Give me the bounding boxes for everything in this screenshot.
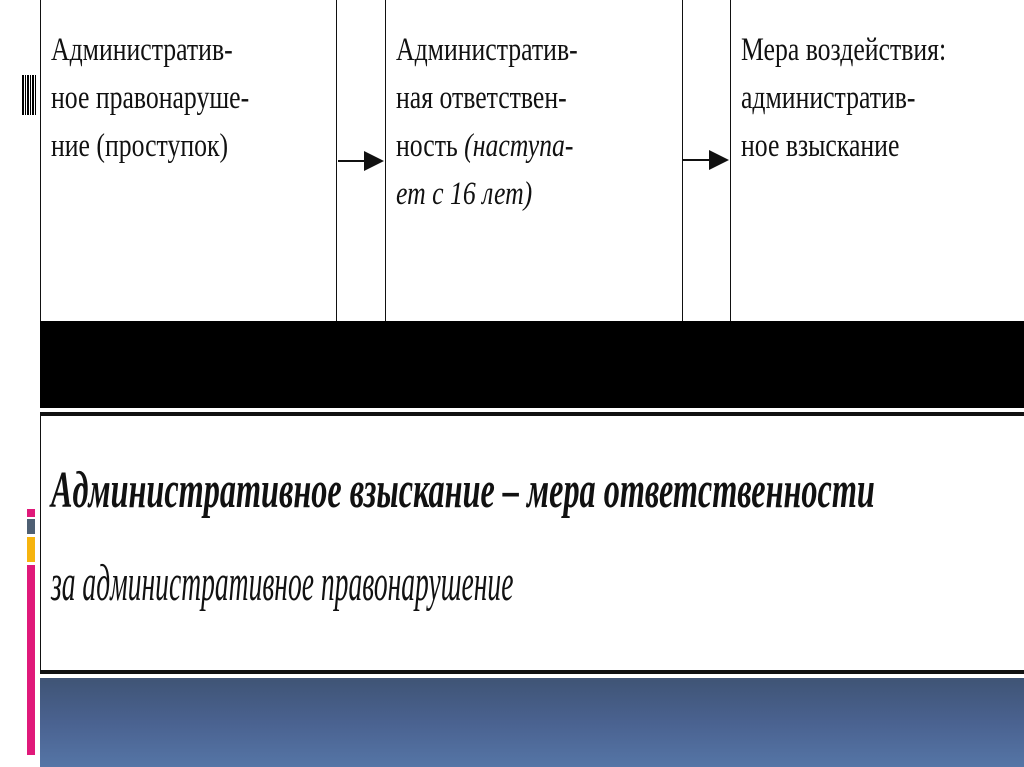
footer-gradient-band	[40, 678, 1024, 767]
barcode-decoration	[22, 75, 36, 115]
accent-bar	[27, 519, 35, 534]
definition-line-2: за административное правонарушение	[51, 554, 513, 613]
accent-bar	[27, 509, 35, 517]
accent-bar	[27, 537, 35, 562]
definition-line-1: Административное взыскание – мера ответс…	[51, 461, 875, 520]
accent-bar	[27, 565, 35, 755]
flow-box-responsibility: Административ- ная ответствен- ность (на…	[385, 0, 683, 322]
box-text-line: ное правонаруше-	[51, 74, 273, 122]
box-text-line-mixed: ность (наступа-	[396, 122, 619, 170]
box-text-line: Мера воздействия:	[741, 26, 962, 74]
box-text-line: ние (проступок)	[51, 122, 273, 170]
flow-box-measure: Мера воздействия: административ- ное взы…	[730, 0, 1024, 322]
box-text-line: ная ответствен-	[396, 74, 619, 122]
box-text-line: ное взыскание	[741, 122, 962, 170]
flow-box-offense: Административ- ное правонаруше- ние (про…	[40, 0, 337, 322]
box-text-line: ет с 16 лет)	[396, 170, 619, 218]
slide: Административ- ное правонаруше- ние (про…	[0, 0, 1024, 767]
box-text-line: Административ-	[396, 26, 619, 74]
box-text-regular: ность	[396, 128, 464, 164]
arrow-right-icon	[338, 160, 382, 162]
box-text-italic: (наступа-	[464, 128, 573, 164]
box-text-line: Административ-	[51, 26, 273, 74]
box-text-line: административ-	[741, 74, 962, 122]
definition-box: Административное взыскание – мера ответс…	[40, 412, 1024, 674]
arrow-right-icon	[683, 159, 727, 161]
black-band	[40, 321, 1024, 408]
